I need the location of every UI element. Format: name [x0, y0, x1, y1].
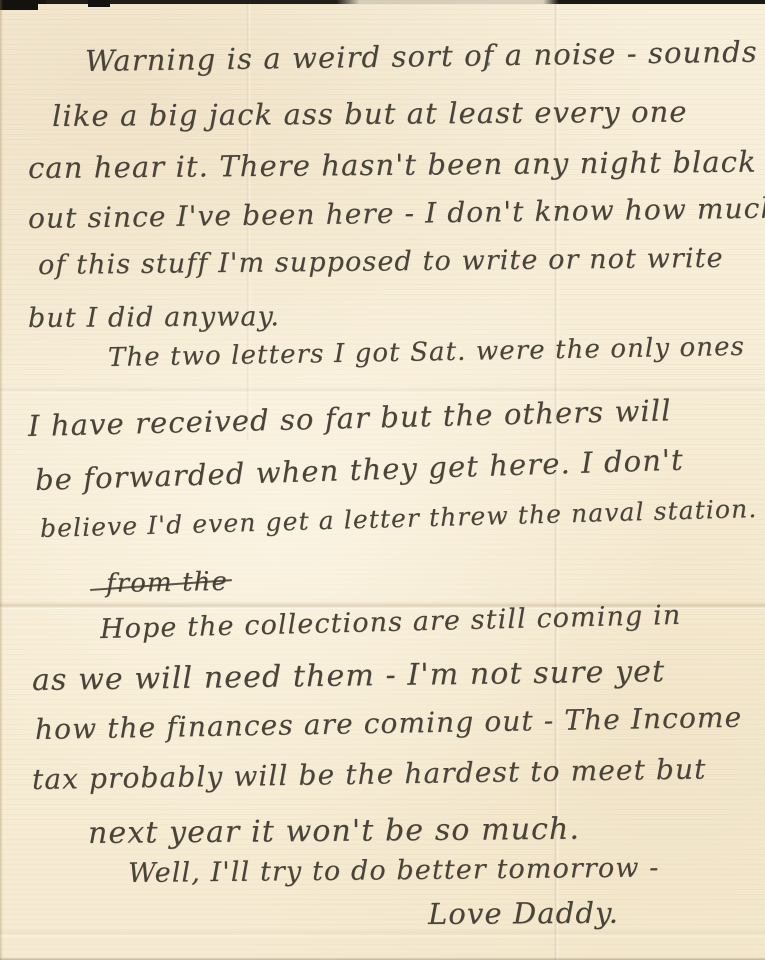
- letter-line-16: next year it won't be so much.: [88, 812, 580, 851]
- crossed-out-text: from the: [106, 567, 229, 599]
- letter-line-15: tax probably will be the hardest to meet…: [32, 752, 707, 796]
- letter-line-3: can hear it. There hasn't been any night…: [28, 145, 757, 185]
- fold-crease-lower: [0, 929, 765, 938]
- letter-line-10: believe I'd even get a letter threw the …: [40, 494, 758, 543]
- scan-edge-left: [0, 0, 3, 960]
- letter-line-13: as we will need them - I'm not sure yet: [32, 654, 666, 698]
- letter-line-17: Well, I'll try to do better tomorrow -: [128, 852, 660, 889]
- letter-line-2: like a big jack ass but at least every o…: [52, 95, 688, 133]
- letter-line-1: Warning is a weird sort of a noise - sou…: [85, 35, 758, 78]
- letter-page: Warning is a weird sort of a noise - sou…: [0, 0, 765, 960]
- letter-line-4: out since I've been here - I don't know …: [28, 192, 765, 235]
- scan-edge-top: [0, 0, 765, 4]
- scan-mark-top-left: [0, 0, 38, 10]
- signature-line: Love Daddy.: [428, 896, 619, 931]
- letter-line-5: of this stuff I'm supposed to write or n…: [38, 243, 724, 281]
- letter-line-6: but I did anyway.: [28, 301, 280, 334]
- letter-line-14: how the finances are coming out - The In…: [35, 701, 743, 746]
- letter-line-7: The two letters I got Sat. were the only…: [108, 332, 746, 373]
- scan-mark-top-left-2: [88, 0, 110, 7]
- letter-line-9: be forwarded when they get here. I don't: [34, 443, 684, 497]
- letter-line-8: I have received so far but the others wi…: [28, 393, 672, 443]
